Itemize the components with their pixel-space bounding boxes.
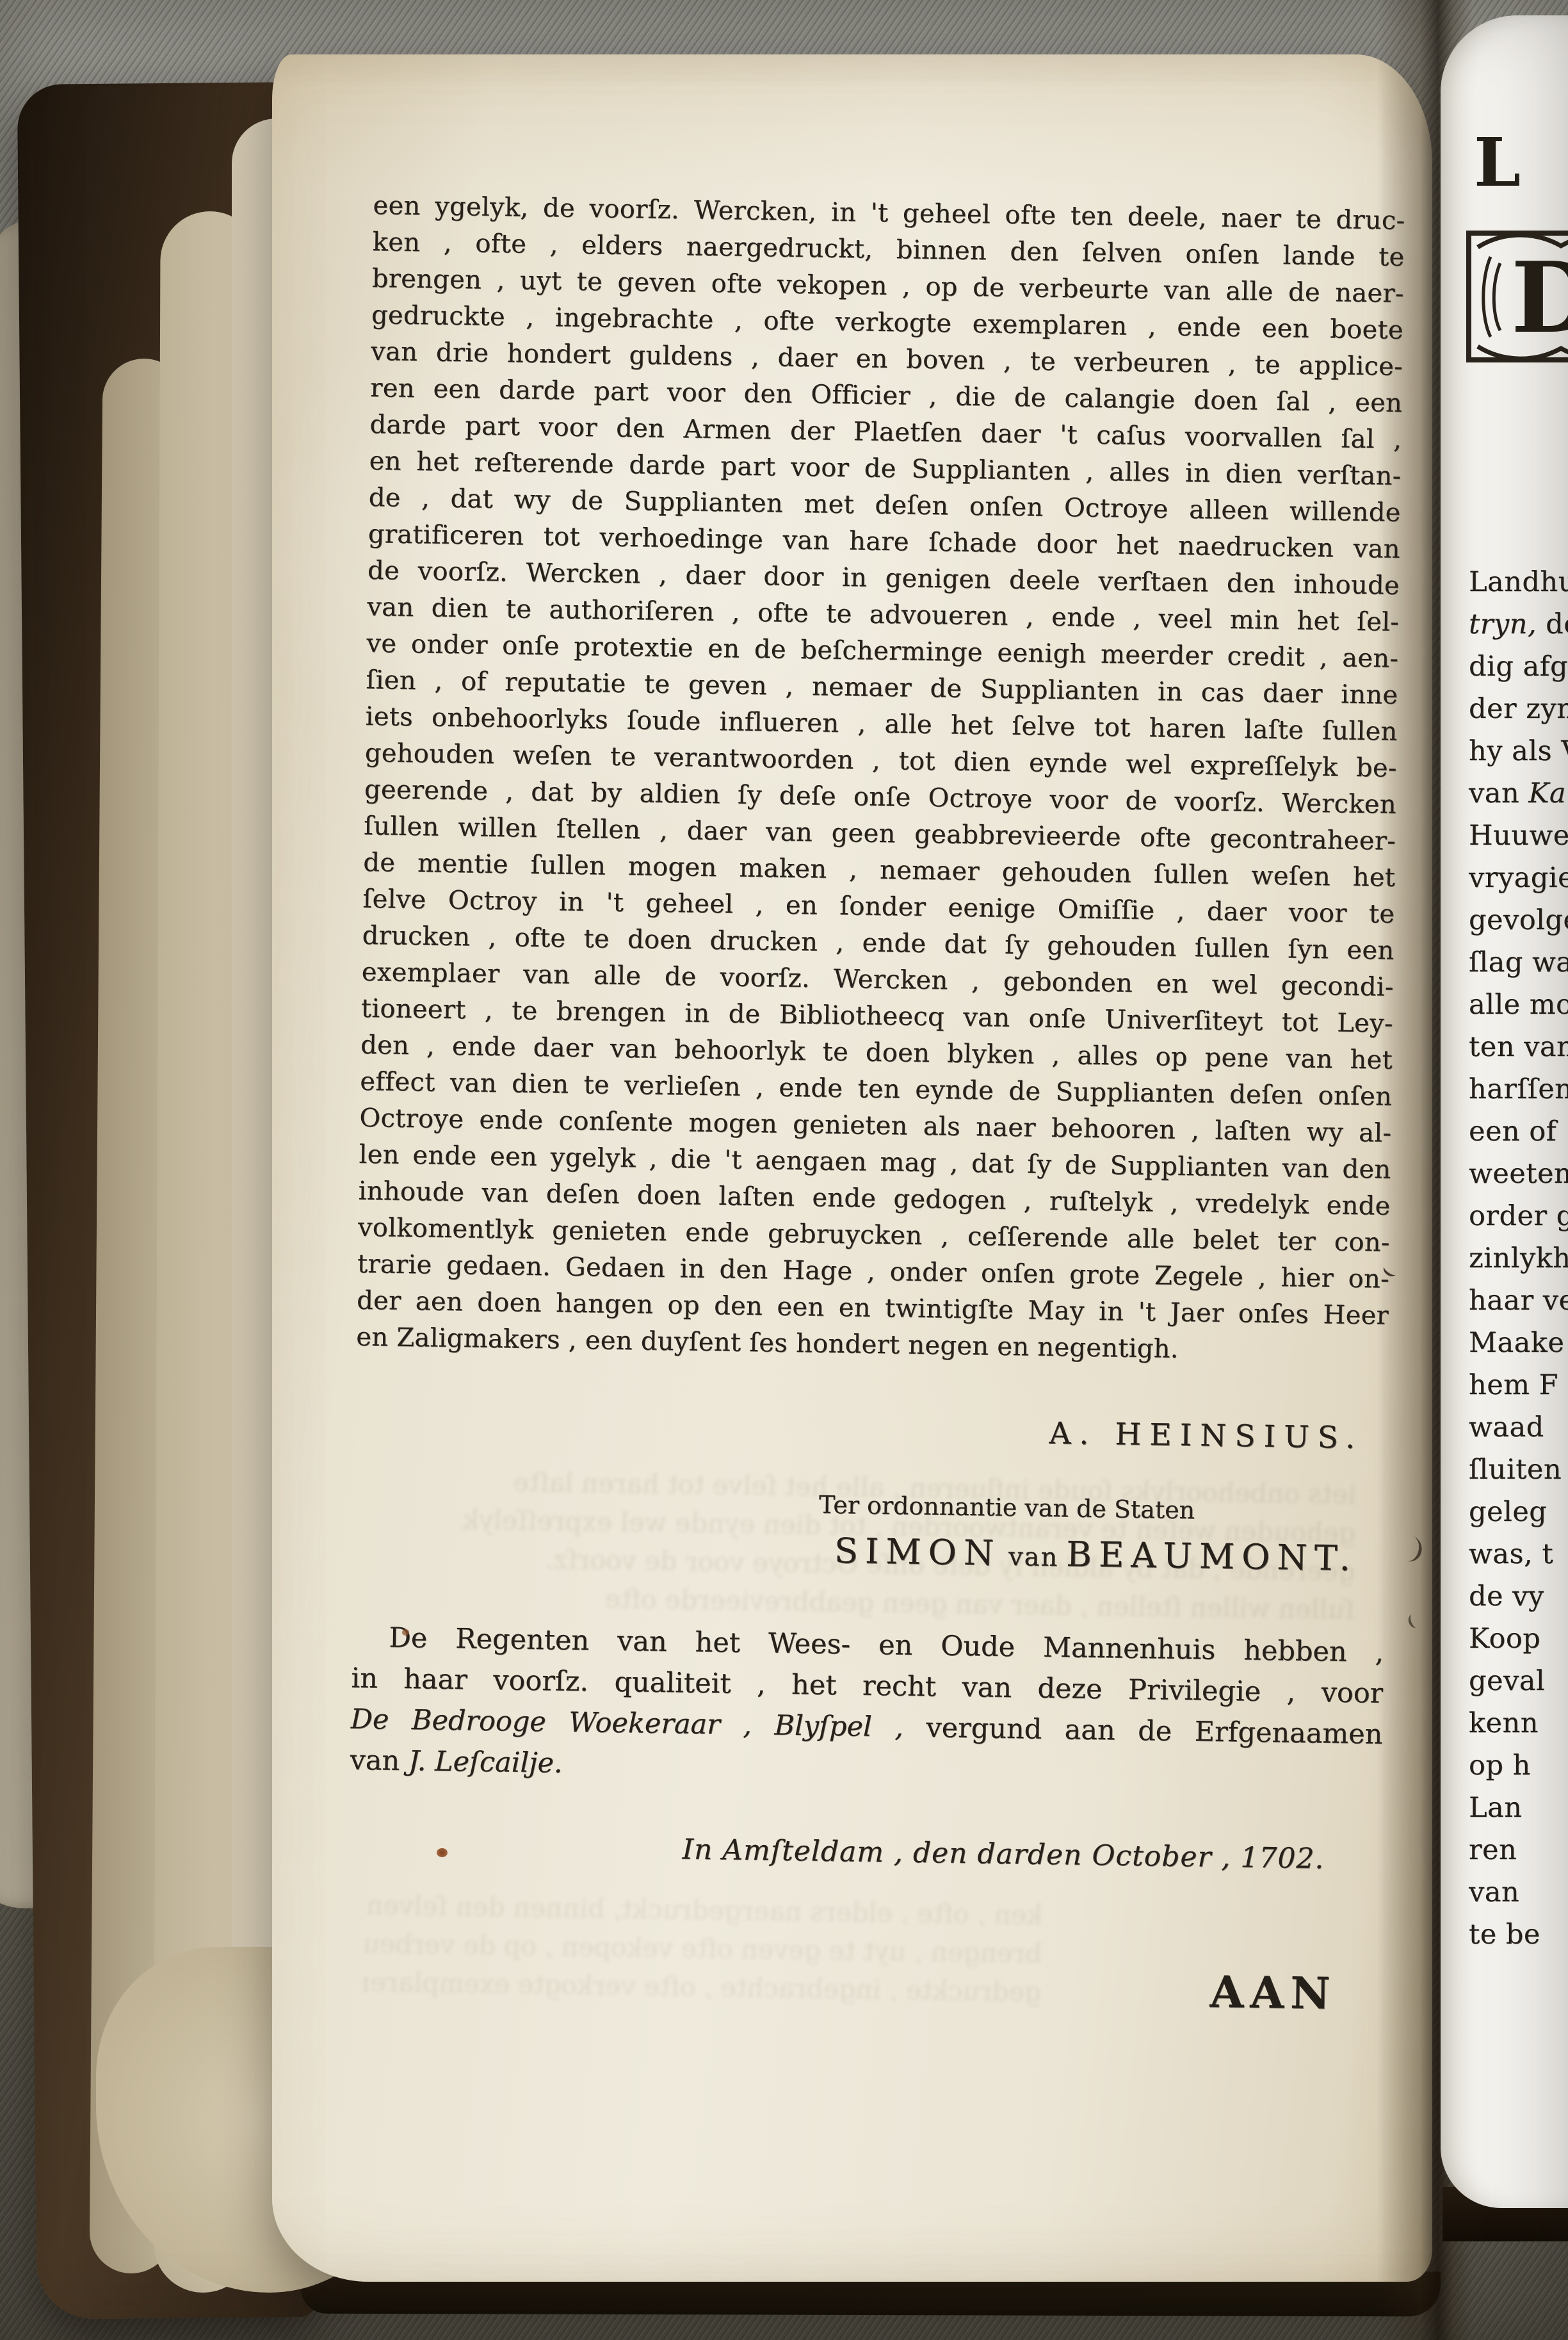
fragment-text: alle mo	[1469, 989, 1568, 1021]
fragment-text: geleg	[1469, 1496, 1547, 1528]
grant-paragraph: De Regenten van het Wees- en Oude Mannen…	[350, 1617, 1384, 1796]
facing-page-line-fragment: der zyn	[1469, 688, 1568, 730]
facing-page-line-fragment: dig afge	[1469, 646, 1568, 688]
fragment-text: do	[1537, 608, 1568, 640]
facing-page-line-fragment: waad	[1469, 1406, 1568, 1449]
facing-page-line-fragment: weeten	[1469, 1153, 1568, 1195]
facing-page-line-fragment: gevolge	[1469, 899, 1568, 941]
catchword-aan: AAN	[346, 1954, 1379, 2020]
left-page: iets onbehoorlyks ſoude influeren , alle…	[272, 54, 1432, 2282]
facing-page-line-fragment: hem F	[1469, 1364, 1568, 1406]
privilege-body: een ygelyk, de voorſz. Wercken, in 't ge…	[356, 188, 1405, 1371]
facing-page-line-fragment: Lan	[1469, 1787, 1568, 1829]
facing-page-line-fragment: geleg	[1469, 1491, 1568, 1533]
facing-page-line-fragment: haar ve	[1469, 1280, 1568, 1322]
fragment-text: zinlykh	[1469, 1242, 1568, 1274]
fragment-text: haar ve	[1469, 1285, 1568, 1317]
facing-page-text-fragments: Landhu tryn, do dig afge der zyn hy als …	[1469, 561, 1568, 1956]
fragment-text: ſluiten	[1469, 1454, 1562, 1486]
facing-page-line-fragment: Huuwel	[1469, 815, 1568, 857]
fragment-text: tryn,	[1469, 608, 1537, 640]
facing-page-line-fragment: een of	[1469, 1110, 1568, 1153]
facing-page-line-fragment: te be	[1469, 1913, 1568, 1956]
fragment-text: dig afge	[1469, 651, 1568, 683]
facing-page-line-fragment: hy als V	[1469, 730, 1568, 772]
fragment-text: harſſen	[1469, 1073, 1568, 1105]
facing-page-line-fragment: geval	[1469, 1660, 1568, 1702]
foxing-spot	[437, 1848, 448, 1857]
facing-page-line-fragment: was, t	[1469, 1533, 1568, 1575]
fragment-text: Huuwel	[1469, 820, 1568, 852]
fragment-text: gevolge	[1469, 904, 1568, 936]
svg-text:D: D	[1511, 240, 1568, 355]
fragment-text: geval	[1469, 1665, 1545, 1697]
fragment-text: op h	[1469, 1750, 1531, 1782]
fragment-text: vryagie	[1469, 862, 1568, 894]
facing-page-line-fragment: order g	[1469, 1195, 1568, 1237]
facing-page-line-fragment: vryagie	[1469, 857, 1568, 899]
fragment-text: Landhu	[1469, 566, 1568, 598]
fragment-text: van	[1469, 777, 1528, 809]
fragment-text: ſlag wa	[1469, 947, 1568, 979]
fragment-text: Lan	[1469, 1792, 1522, 1824]
facing-page-line-fragment: de vy	[1469, 1575, 1568, 1618]
signature-heinsius: A. HEINSIUS.	[355, 1406, 1364, 1456]
fragment-text: hy als V	[1469, 735, 1568, 767]
facing-page-line-fragment: Koop	[1469, 1618, 1568, 1660]
grant-line-start: van	[350, 1744, 408, 1777]
facing-page-line-fragment: alle mo	[1469, 984, 1568, 1026]
facing-page-line-fragment: ſluiten	[1469, 1449, 1568, 1491]
fragment-text: ten van	[1469, 1031, 1568, 1063]
beaumont-first-name: SIMON	[834, 1531, 1001, 1573]
fragment-text: hem F	[1469, 1369, 1558, 1401]
woodcut-ornament: D	[1465, 228, 1568, 366]
signature-beaumont: SIMONvanBEAUMONT.	[807, 1530, 1384, 1579]
beaumont-van: van	[1008, 1542, 1059, 1572]
fragment-text: ren	[1469, 1834, 1517, 1866]
fragment-text: de vy	[1469, 1580, 1544, 1613]
fragment-text: weeten	[1469, 1158, 1568, 1190]
facing-page-line-fragment: ſlag wa	[1469, 941, 1568, 984]
fragment-text: kenn	[1469, 1707, 1539, 1739]
facing-page-line-fragment: ren	[1469, 1829, 1568, 1871]
grant-line-rest: vergund aan de Erfgenaamen	[903, 1712, 1383, 1751]
fragment-text: order g	[1469, 1200, 1568, 1232]
right-page-edge: L D Landhu tryn, do dig afge der zyn	[1441, 15, 1568, 2208]
facing-page-line-fragment: kenn	[1469, 1702, 1568, 1744]
fragment-text: waad	[1469, 1411, 1544, 1443]
facing-page-line-fragment: van Kar	[1469, 772, 1568, 815]
facing-page-headline-fragment: L	[1474, 123, 1521, 202]
fragment-text: Kar	[1528, 777, 1568, 809]
facing-page-line-fragment: van	[1469, 1871, 1568, 1913]
fragment-text: Koop	[1469, 1623, 1540, 1655]
beaumont-last-name: BEAUMONT.	[1066, 1534, 1358, 1579]
lescailje-name-italic: J. Leſcailje.	[408, 1745, 563, 1780]
fragment-text: te be	[1469, 1919, 1540, 1951]
fragment-text: der zyn	[1469, 693, 1568, 725]
facing-page-line-fragment: Maake	[1469, 1322, 1568, 1364]
facing-page-line-fragment: harſſen	[1469, 1068, 1568, 1110]
facing-page-line-fragment: ten van	[1469, 1026, 1568, 1068]
facing-page-line-fragment: zinlykh	[1469, 1237, 1568, 1280]
privilege-text-block: iets onbehoorlyks ſoude influeren , alle…	[344, 188, 1405, 2188]
facing-page-line-fragment: op h	[1469, 1744, 1568, 1787]
fragment-text: een of	[1469, 1116, 1556, 1148]
play-title-italic: De Bedrooge Woekeraar , Blyſpel ,	[350, 1703, 903, 1744]
book-photograph: { "colors": { "fabric": "#83827b", "fabr…	[0, 0, 1568, 2340]
facing-page-line-fragment: tryn, do	[1469, 603, 1568, 646]
fragment-text: Maake	[1469, 1327, 1564, 1359]
dateline: In Amſteldam , den darden October , 1702…	[348, 1828, 1381, 1876]
facing-page-line-fragment: Landhu	[1469, 561, 1568, 603]
fragment-text: van	[1469, 1876, 1519, 1908]
foxing-spot	[402, 1629, 409, 1636]
decorated-initial-woodcut: D	[1465, 228, 1568, 366]
fragment-text: was, t	[1469, 1538, 1553, 1570]
